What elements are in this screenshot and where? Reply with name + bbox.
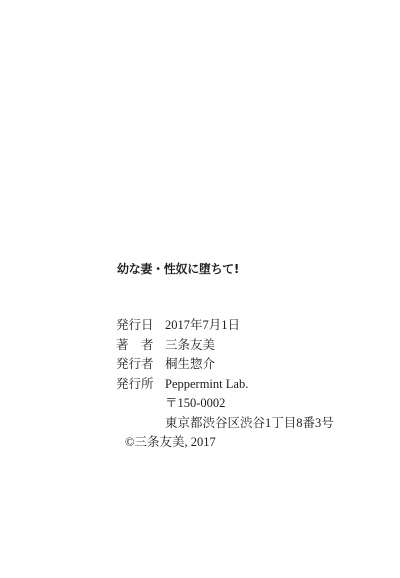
postal-code-line: 〒150-0002	[116, 394, 334, 414]
publication-date-row: 発行日 2017年7月1日	[116, 316, 334, 336]
colophon-page: 幼な妻・性奴に堕ちて! 発行日 2017年7月1日 著 者 三条友美 発行者 桐…	[0, 0, 400, 578]
publication-date-value: 2017年7月1日	[165, 316, 240, 336]
copyright-line: ©三条友美, 2017	[116, 433, 334, 453]
publishing-house-value: Peppermint Lab.	[165, 375, 248, 395]
publisher-person-value: 桐生惣介	[165, 355, 215, 375]
author-label: 著 者	[116, 336, 165, 356]
publisher-person-row: 発行者 桐生惣介	[116, 355, 334, 375]
author-value: 三条友美	[165, 336, 215, 356]
street-address-line: 東京都渋谷区渋谷1丁目8番3号	[116, 414, 334, 434]
author-row: 著 者 三条友美	[116, 336, 334, 356]
publishing-house-row: 発行所 Peppermint Lab.	[116, 375, 334, 395]
publication-date-label: 発行日	[116, 316, 165, 336]
publisher-person-label: 発行者	[116, 355, 165, 375]
book-title: 幼な妻・性奴に堕ちて!	[117, 262, 239, 276]
publishing-house-label: 発行所	[116, 375, 165, 395]
colophon-block: 発行日 2017年7月1日 著 者 三条友美 発行者 桐生惣介 発行所 Pepp…	[116, 316, 334, 453]
